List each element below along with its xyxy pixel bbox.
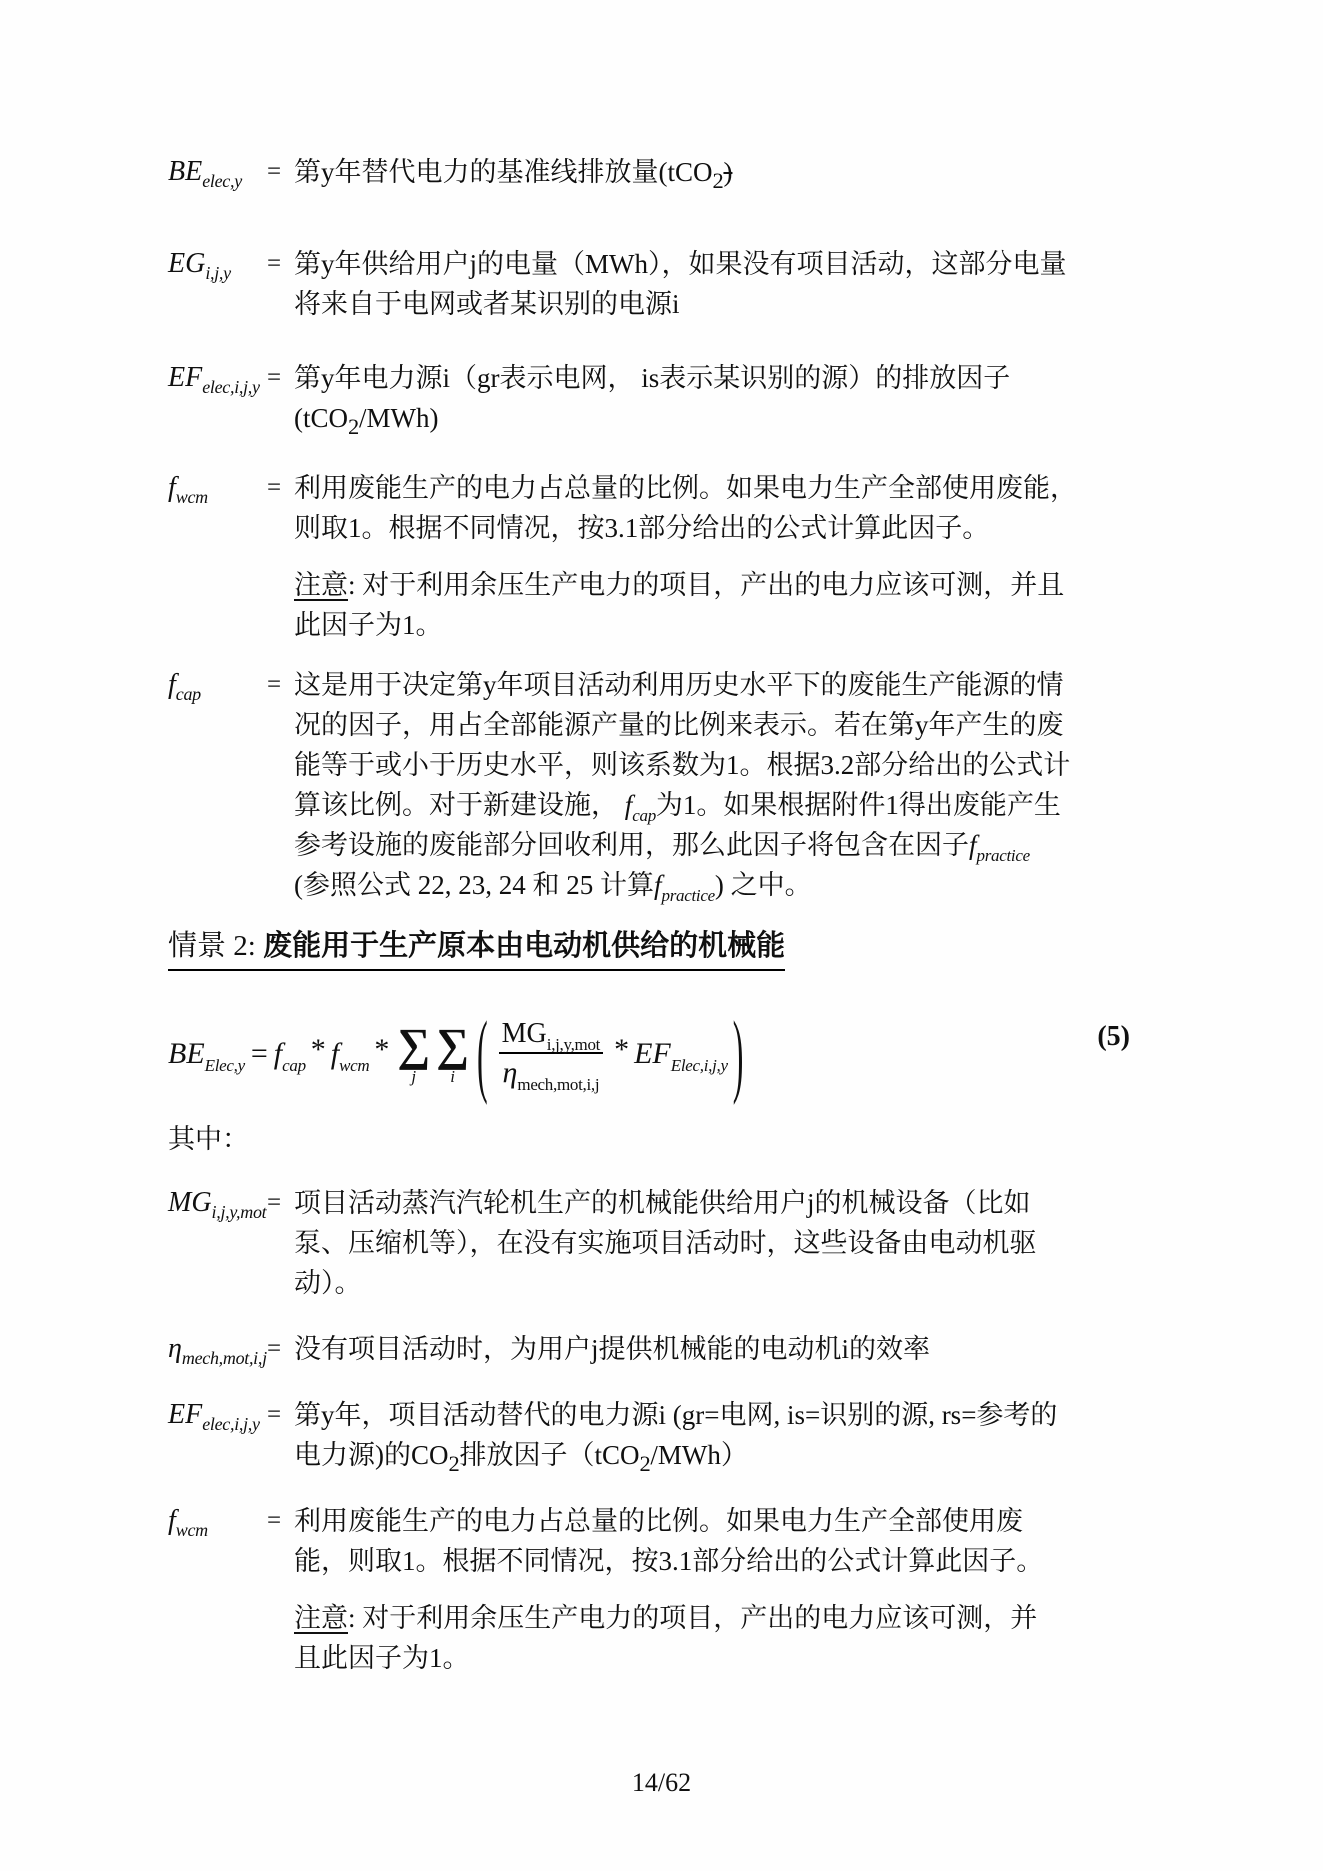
term-main: EF <box>168 362 202 393</box>
definition-text: 第y年替代电力的基准线排放量(tCO2) <box>294 152 1168 192</box>
term-main: η <box>168 1333 182 1364</box>
inline-fpractice-symbol: fpractice <box>969 830 1030 860</box>
definition-eta: ηmech,mot,i,j = 没有项目活动时，为用户j提供机械能的电动机i的效… <box>168 1329 1168 1369</box>
text-line: (tCO2/MWh) <box>294 398 1168 438</box>
definition-be-elec-y: BEelec,y = 第y年替代电力的基准线排放量(tCO2) <box>168 152 1168 192</box>
term-main: EF <box>168 1399 202 1430</box>
term-symbol: MGi,j,y,mot <box>168 1183 267 1223</box>
eq-fcap: fcap <box>274 1037 306 1071</box>
subscript-2: 2 <box>449 1451 460 1476</box>
term-main: BE <box>168 156 202 187</box>
text-line: 动）。 <box>294 1263 1168 1303</box>
sum-over-i: ∑i <box>436 1024 469 1085</box>
note-label: 注意 <box>294 570 348 600</box>
equals-sign: = <box>267 468 294 508</box>
text-segment: (参照公式 22, 23, 24 和 25 计算 <box>294 870 654 900</box>
page-content: BEelec,y = 第y年替代电力的基准线排放量(tCO2) EGi,j,y … <box>168 152 1168 1678</box>
note-line: 注意: 对于利用余压生产电力的项目，产出的电力应该可测，并 <box>294 1598 1168 1638</box>
definition-fwcm-1: fwcm = 利用废能生产的电力占总量的比例。如果电力生产全部使用废能， 则取1… <box>168 468 1168 645</box>
equals-sign: = <box>267 358 294 398</box>
subscript-2: 2 <box>348 414 359 439</box>
sum-over-j: ∑j <box>397 1024 430 1085</box>
text-line: 电力源)的CO2排放因子（tCO2/MWh） <box>294 1435 1168 1475</box>
heading-prefix: 情景 2: <box>168 930 263 962</box>
fraction-numerator: MGi,j,y,mot <box>499 1018 603 1052</box>
text-segment: ) 之中。 <box>715 870 812 900</box>
definition-text: 第y年供给用户j的电量（MWh），如果没有项目活动，这部分电量 将来自于电网或者… <box>294 244 1168 324</box>
text-line: 将来自于电网或者某识别的电源i <box>294 284 1168 324</box>
definition-text: 第y年电力源i（gr表示电网， is表示某识别的源）的排放因子 (tCO2/MW… <box>294 358 1168 438</box>
equals-sign: = <box>267 665 294 705</box>
subscript-2: 2 <box>639 1451 650 1476</box>
inline-fcap-symbol: fcap <box>625 790 656 820</box>
term-symbol: EFelec,i,j,y <box>168 1395 267 1435</box>
equals-sign: = <box>267 244 294 284</box>
term-symbol: BEelec,y <box>168 152 267 192</box>
text-line: 这是用于决定第y年项目活动利用历史水平下的废能生产能源的情 <box>294 665 1168 705</box>
eq-fwcm: fwcm <box>331 1037 370 1071</box>
term-main: EG <box>168 248 205 279</box>
text-line: 利用废能生产的电力占总量的比例。如果电力生产全部使用废能， <box>294 468 1168 508</box>
note-line: 且此因子为1。 <box>294 1638 1168 1678</box>
eq-ef: EFElec,i,j,y <box>634 1037 728 1071</box>
text-segment: /MWh) <box>359 403 438 433</box>
text-segment: (tCO <box>294 403 348 433</box>
text-segment: 算该比例。对于新建设施， <box>294 790 625 820</box>
definition-mg: MGi,j,y,mot = 项目活动蒸汽汽轮机生产的机械能供给用户j的机械设备（… <box>168 1183 1168 1303</box>
equation-5: BEElec,y = fcap * fwcm * ∑j ∑i ( MGi,j,y… <box>168 999 1168 1109</box>
eq-lhs: BEElec,y <box>168 1037 245 1071</box>
text-line: 第y年供给用户j的电量（MWh），如果没有项目活动，这部分电量 <box>294 244 1168 284</box>
heading-underline: 情景 2: 废能用于生产原本由电动机供给的机械能 <box>168 927 785 971</box>
definition-text: 利用废能生产的电力占总量的比例。如果电力生产全部使用废 能，则取1。根据不同情况… <box>294 1501 1168 1678</box>
subscript-2: 2 <box>713 168 724 193</box>
term-symbol: ηmech,mot,i,j <box>168 1329 267 1369</box>
note-text: : 对于利用余压生产电力的项目，产出的电力应该可测，并 <box>348 1603 1037 1633</box>
note-line: 注意: 对于利用余压生产电力的项目，产出的电力应该可测，并且 <box>294 565 1168 605</box>
note-block: 注意: 对于利用余压生产电力的项目，产出的电力应该可测，并 且此因子为1。 <box>294 1598 1168 1678</box>
text-segment: 参考设施的废能部分回收利用，那么此因子将包含在因子 <box>294 830 969 860</box>
term-symbol: fwcm <box>168 468 267 508</box>
term-subscript: elec,y <box>202 171 242 191</box>
note-label: 注意 <box>294 1603 348 1633</box>
close-paren: ) <box>733 1000 744 1107</box>
document-page: BEelec,y = 第y年替代电力的基准线排放量(tCO2) EGi,j,y … <box>0 0 1323 1871</box>
open-paren: ( <box>477 1000 488 1107</box>
term-subscript: cap <box>176 684 201 704</box>
text-line: 利用废能生产的电力占总量的比例。如果电力生产全部使用废 <box>294 1501 1168 1541</box>
eq-multiply: * <box>311 1033 326 1067</box>
definition-ef-elec-ijy-2: EFelec,i,j,y = 第y年，项目活动替代的电力源i (gr=电网, i… <box>168 1395 1168 1475</box>
equals-sign: = <box>267 152 294 192</box>
term-symbol: fwcm <box>168 1501 267 1541</box>
note-text: : 对于利用余压生产电力的项目，产出的电力应该可测，并且 <box>348 570 1064 600</box>
term-main: f <box>168 669 176 700</box>
eq-multiply: * <box>614 1033 629 1067</box>
where-label: 其中： <box>168 1119 1168 1159</box>
definition-fwcm-2: fwcm = 利用废能生产的电力占总量的比例。如果电力生产全部使用废 能，则取1… <box>168 1501 1168 1678</box>
page-number: 14/62 <box>0 1768 1323 1798</box>
term-subscript: i,j,y,mot <box>212 1202 267 1222</box>
text-line: 能，则取1。根据不同情况，按3.1部分给出的公式计算此因子。 <box>294 1541 1168 1581</box>
fraction-denominator: ηmech,mot,i,j <box>503 1054 600 1091</box>
scenario-2-heading: 情景 2: 废能用于生产原本由电动机供给的机械能 <box>168 927 1168 971</box>
note-block: 注意: 对于利用余压生产电力的项目，产出的电力应该可测，并且 此因子为1。 <box>294 565 1168 645</box>
term-main: f <box>168 1505 176 1536</box>
equals-sign: = <box>267 1501 294 1541</box>
struck-paren: ) <box>723 157 732 187</box>
text-segment: 电力源)的CO <box>294 1440 449 1470</box>
text-line: 第y年替代电力的基准线排放量(tCO2) <box>294 152 1168 192</box>
text-line: 没有项目活动时，为用户j提供机械能的电动机i的效率 <box>294 1329 1168 1369</box>
term-subscript: elec,i,j,y <box>202 1414 259 1434</box>
eq-multiply: * <box>374 1033 389 1067</box>
heading-title: 废能用于生产原本由电动机供给的机械能 <box>263 930 785 962</box>
term-subscript: i,j,y <box>205 263 231 283</box>
equals-sign: = <box>267 1329 294 1369</box>
note-line: 此因子为1。 <box>294 605 1168 645</box>
definition-text: 利用废能生产的电力占总量的比例。如果电力生产全部使用废能， 则取1。根据不同情况… <box>294 468 1168 645</box>
text-line: 能等于或小于历史水平，则该系数为1。根据3.2部分给出的公式计 <box>294 745 1168 785</box>
definition-fcap: fcap = 这是用于决定第y年项目活动利用历史水平下的废能生产能源的情 况的因… <box>168 665 1168 905</box>
text-line: 泵、压缩机等），在没有实施项目活动时，这些设备由电动机驱 <box>294 1223 1168 1263</box>
text-segment: /MWh） <box>650 1440 748 1470</box>
term-symbol: EFelec,i,j,y <box>168 358 267 398</box>
text-line: (参照公式 22, 23, 24 和 25 计算fpractice) 之中。 <box>294 865 1168 905</box>
text-line: 则取1。根据不同情况，按3.1部分给出的公式计算此因子。 <box>294 508 1168 548</box>
text-line: 参考设施的废能部分回收利用，那么此因子将包含在因子fpractice <box>294 825 1168 865</box>
term-symbol: fcap <box>168 665 267 705</box>
definition-text: 这是用于决定第y年项目活动利用历史水平下的废能生产能源的情 况的因子，用占全部能… <box>294 665 1168 905</box>
definition-text: 第y年，项目活动替代的电力源i (gr=电网, is=识别的源, rs=参考的 … <box>294 1395 1168 1475</box>
text-line: 况的因子，用占全部能源产量的比例来表示。若在第y年产生的废 <box>294 705 1168 745</box>
text-line: 第y年电力源i（gr表示电网， is表示某识别的源）的排放因子 <box>294 358 1168 398</box>
term-subscript: wcm <box>176 1520 208 1540</box>
equals-sign: = <box>267 1395 294 1435</box>
definition-text: 项目活动蒸汽汽轮机生产的机械能供给用户j的机械设备（比如 泵、压缩机等），在没有… <box>294 1183 1168 1303</box>
term-subscript: wcm <box>176 487 208 507</box>
eq-equals: = <box>251 1037 268 1071</box>
text-segment: 排放因子（tCO <box>459 1440 639 1470</box>
term-subscript: mech,mot,i,j <box>182 1348 267 1368</box>
text-line: 算该比例。对于新建设施， fcap为1。如果根据附件1得出废能产生 <box>294 785 1168 825</box>
inline-fpractice-symbol: fpractice <box>654 870 715 900</box>
definition-text: 没有项目活动时，为用户j提供机械能的电动机i的效率 <box>294 1329 1168 1369</box>
equals-sign: = <box>267 1183 294 1223</box>
definition-ef-elec-ijy: EFelec,i,j,y = 第y年电力源i（gr表示电网， is表示某识别的源… <box>168 358 1168 438</box>
text-segment: 为1。如果根据附件1得出废能产生 <box>656 790 1061 820</box>
text-line: 项目活动蒸汽汽轮机生产的机械能供给用户j的机械设备（比如 <box>294 1183 1168 1223</box>
term-symbol: EGi,j,y <box>168 244 267 284</box>
text-segment: 第y年替代电力的基准线排放量(tCO <box>294 157 713 187</box>
term-main: f <box>168 472 176 503</box>
definition-eg-ijy: EGi,j,y = 第y年供给用户j的电量（MWh），如果没有项目活动，这部分电… <box>168 244 1168 324</box>
fraction: MGi,j,y,mot ηmech,mot,i,j <box>499 1018 603 1091</box>
term-main: MG <box>168 1187 212 1218</box>
term-subscript: elec,i,j,y <box>202 377 259 397</box>
equation-number: (5) <box>1097 1021 1130 1053</box>
text-line: 第y年，项目活动替代的电力源i (gr=电网, is=识别的源, rs=参考的 <box>294 1395 1168 1435</box>
